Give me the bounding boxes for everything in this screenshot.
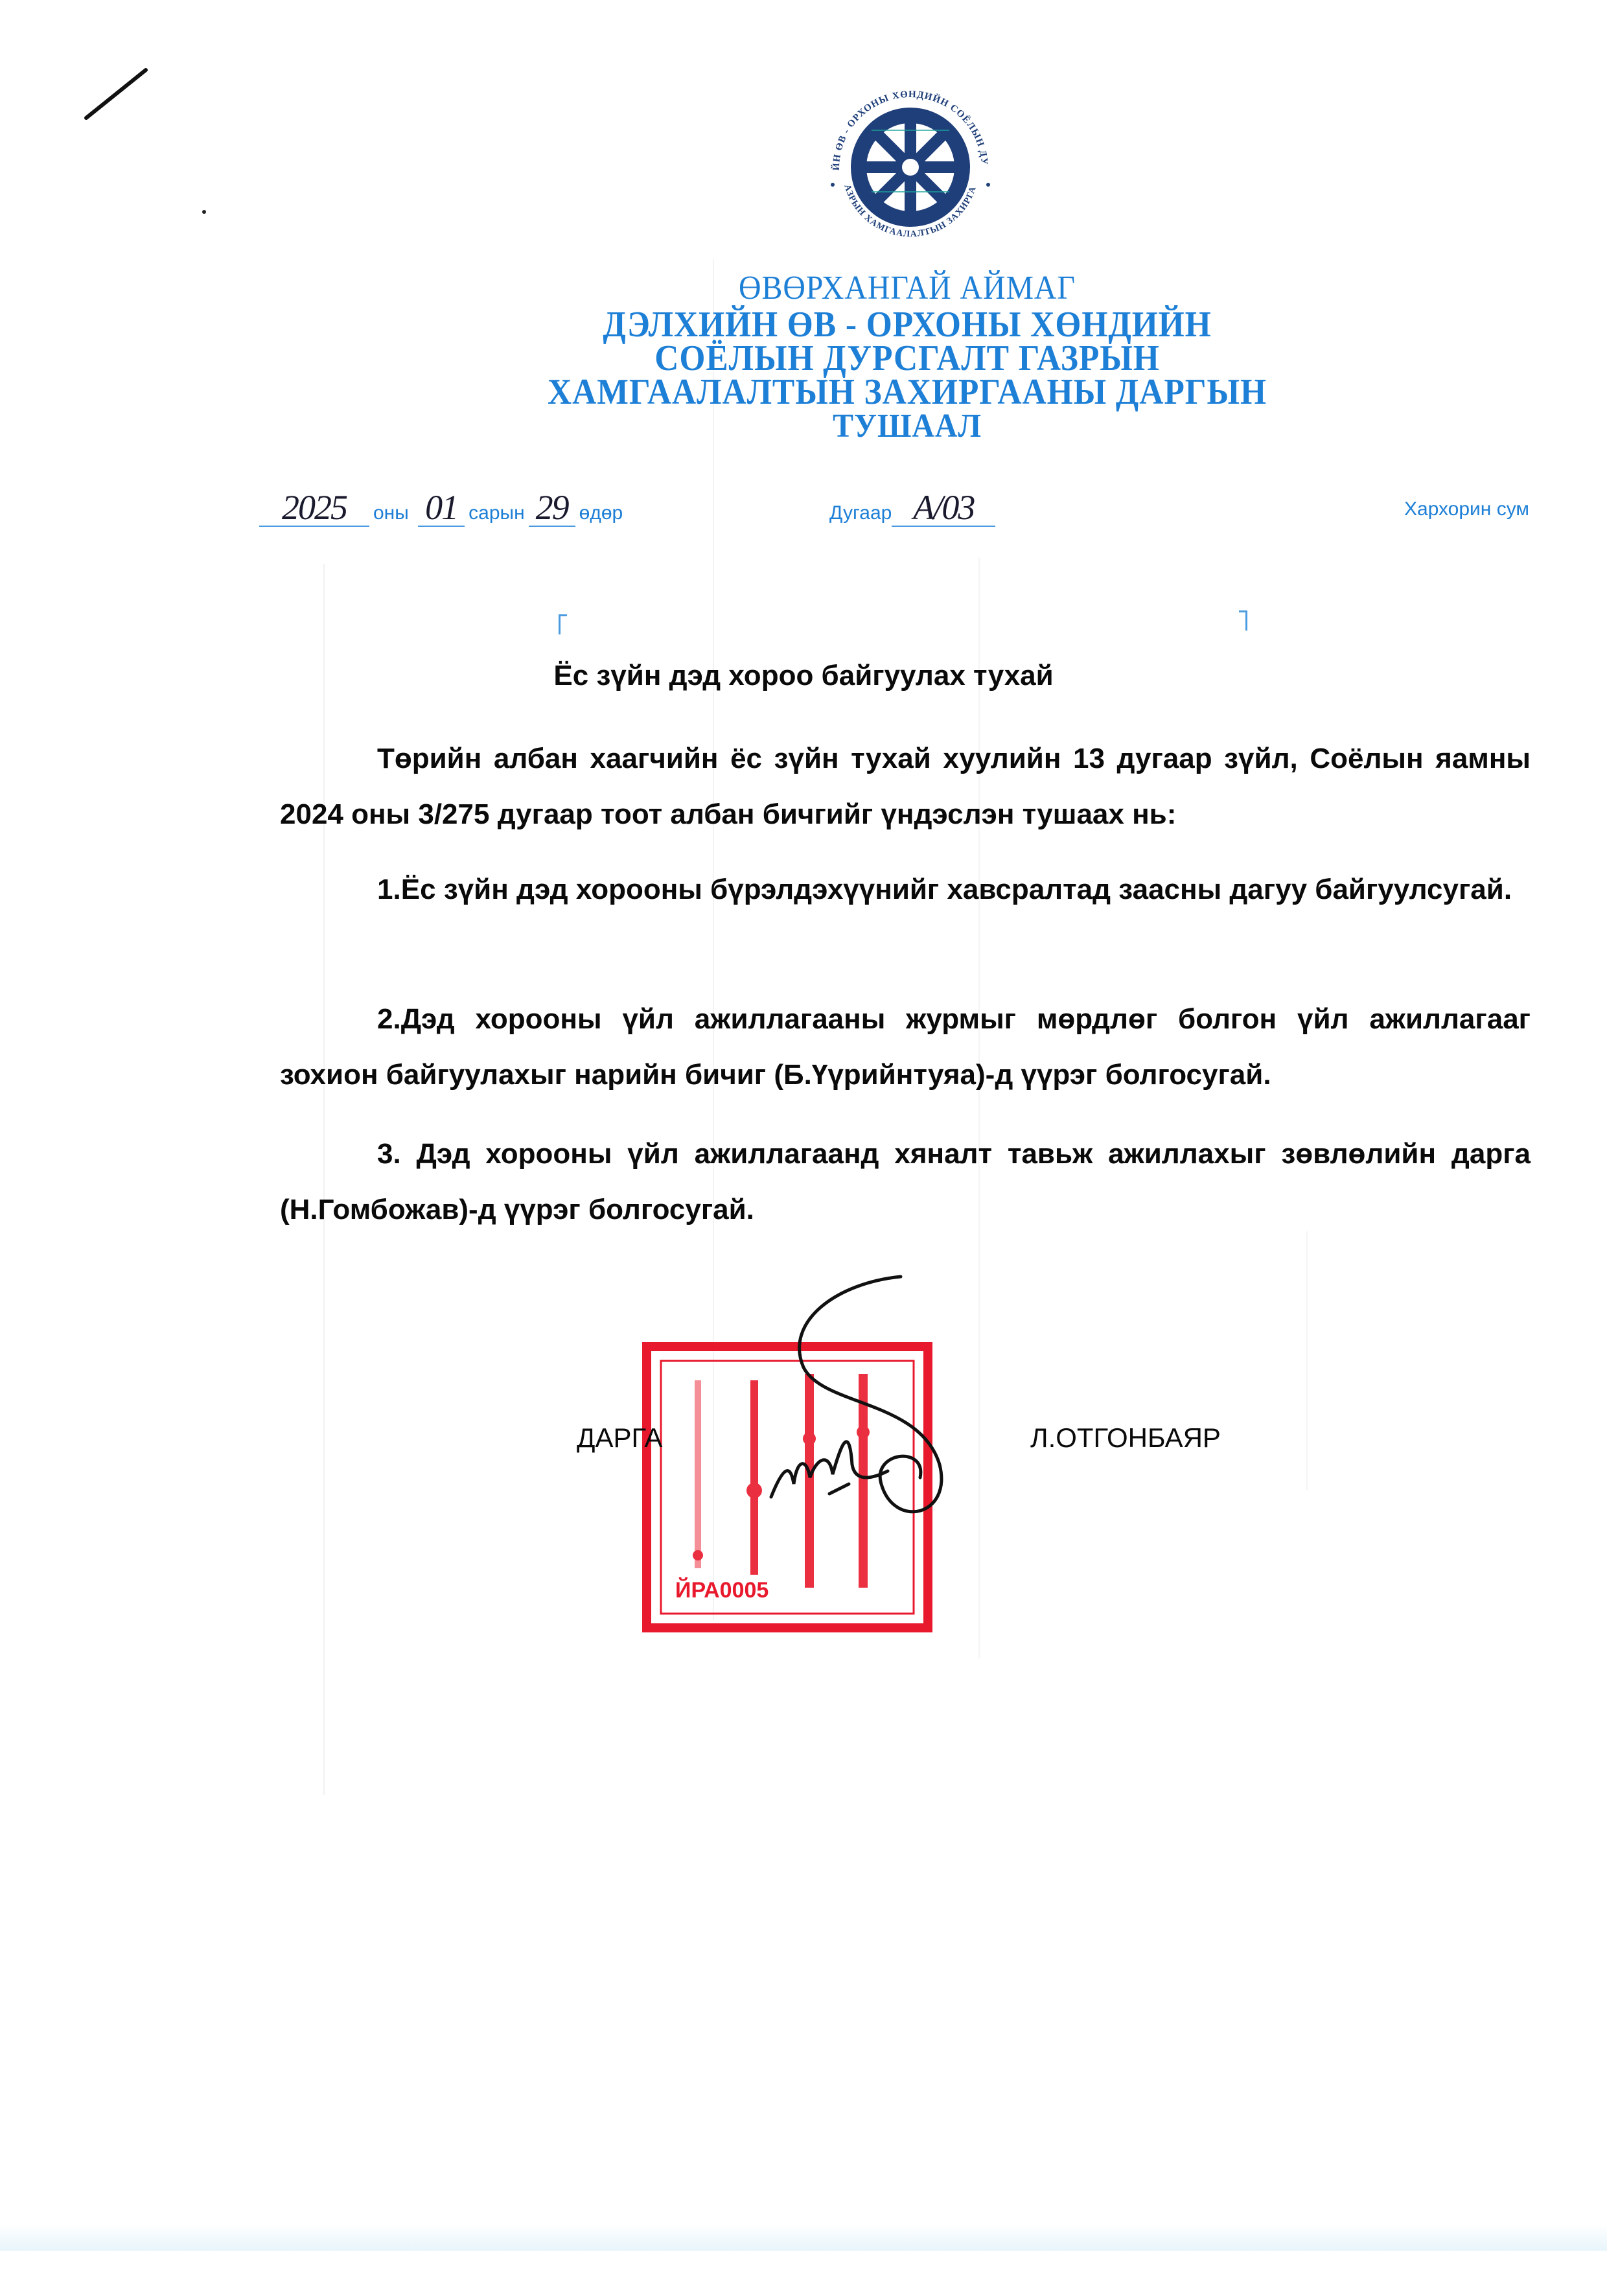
date-year: 2025 [259, 489, 369, 527]
header-org-line-1: ДЭЛХИЙН ӨВ - ОРХОНЫ ХӨНДИЙН [490, 308, 1324, 342]
header-org-line-3: ХАМГААЛАЛТЫН ЗАХИРГААНЫ ДАРГЫН [490, 375, 1324, 409]
number-label: Дугаар [829, 502, 892, 524]
scan-artifact-line [1306, 1231, 1308, 1490]
ink-dot [202, 210, 206, 214]
date-month: 01 [418, 489, 465, 527]
svg-text:ЙРА0005: ЙРА0005 [675, 1577, 769, 1603]
preamble-text: Төрийн албан хаагчийн ёс зүйн тухай хуул… [280, 743, 1531, 830]
pen-stroke-mark [81, 65, 152, 123]
month-label: сарын [468, 502, 525, 524]
date-field: 2025оны 01сарын29өдөр [259, 489, 627, 527]
handwritten-signature [758, 1270, 965, 1542]
signatory-title: ДАРГА [577, 1422, 662, 1454]
order-item-text: 1.Ёс зүйн дэд хорооны бүрэлдэхүүнийг хав… [377, 874, 1512, 905]
letterhead: ӨВӨРХАНГАЙ АЙМАГ ДЭЛХИЙН ӨВ - ОРХОНЫ ХӨН… [454, 269, 1361, 444]
order-item-text: 3. Дэд хорооны үйл ажиллагаанд хяналт та… [280, 1138, 1531, 1225]
signatory-name: Л.ОТГОНБАЯР [1030, 1422, 1221, 1454]
scan-artifact-line [978, 557, 980, 1659]
document-page: ДЭЛХИЙН ӨВ - ОРХОНЫ ХӨНДИЙН СОЁЛЫН ДУРСГ… [0, 0, 1607, 2296]
order-item: 2.Дэд хорооны үйл ажиллагааны журмыг мөр… [280, 991, 1531, 1103]
order-number-field: ДугаарА/03 [829, 489, 995, 527]
place-label: Хархорин сум [1404, 498, 1529, 520]
day-label: өдөр [579, 502, 623, 524]
order-number: А/03 [892, 489, 995, 527]
order-item: 3. Дэд хорооны үйл ажиллагаанд хяналт та… [280, 1126, 1531, 1238]
date-day: 29 [529, 489, 575, 527]
corner-bracket-right [1239, 610, 1247, 631]
document-type: ТУШААЛ [490, 409, 1324, 444]
document-subject: Ёс зүйн дэд хороо байгуулах тухай [0, 660, 1607, 692]
date-number-row: 2025оны 01сарын29өдөр ДугаарА/03 Хархори… [259, 489, 1529, 535]
scan-edge-shade [0, 2225, 1607, 2251]
header-org-line-2: СОЁЛЫН ДУРСГАЛТ ГАЗРЫН [490, 342, 1324, 375]
year-label: оны [373, 502, 409, 524]
corner-bracket-left [559, 614, 567, 634]
dharma-wheel-emblem-icon: ДЭЛХИЙН ӨВ - ОРХОНЫ ХӨНДИЙН СОЁЛЫН ДУРСГ… [813, 71, 1008, 240]
order-item-text: 2.Дэд хорооны үйл ажиллагааны журмыг мөр… [280, 1003, 1531, 1091]
header-province: ӨВӨРХАНГАЙ АЙМАГ [490, 269, 1324, 308]
order-item: 1.Ёс зүйн дэд хорооны бүрэлдэхүүнийг хав… [280, 862, 1531, 918]
preamble-paragraph: Төрийн албан хаагчийн ёс зүйн тухай хуул… [280, 731, 1531, 842]
